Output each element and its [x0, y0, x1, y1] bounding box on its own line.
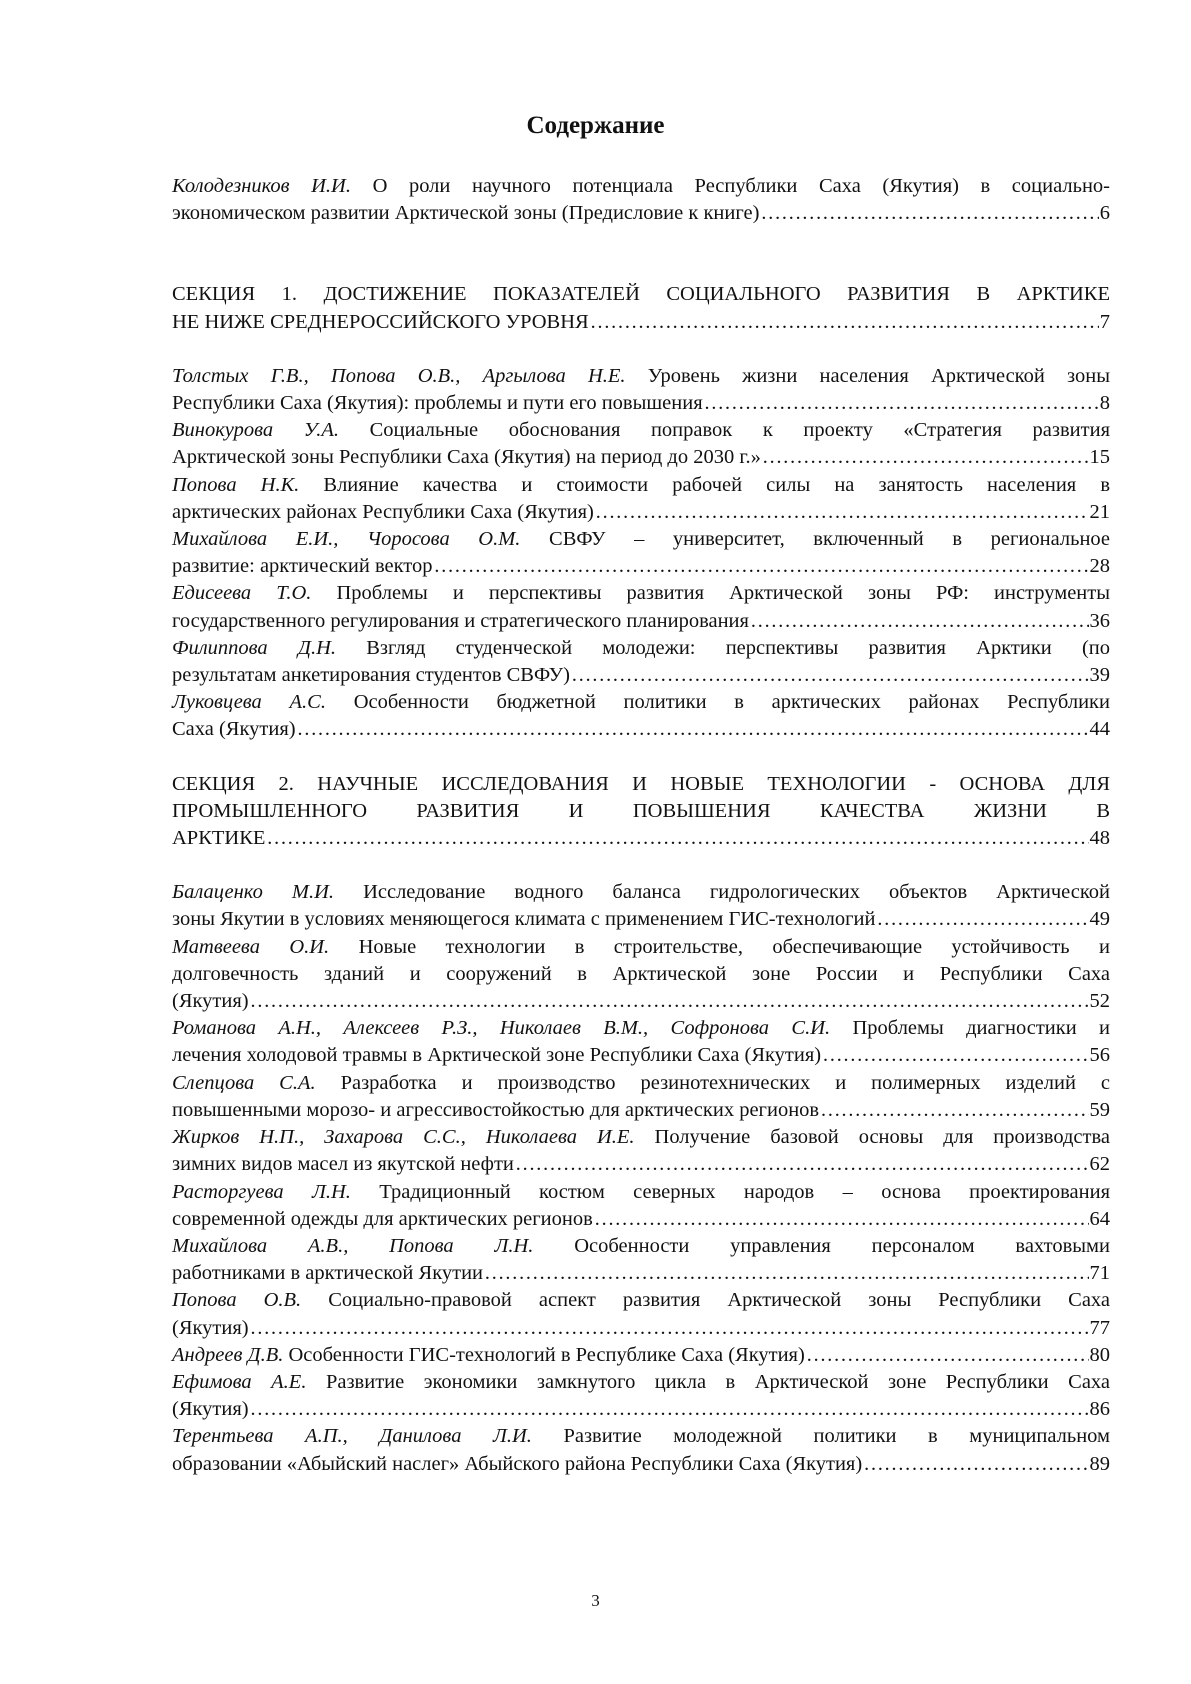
- page-title: Содержание: [0, 112, 1191, 140]
- section-heading[interactable]: СЕКЦИЯ 1. ДОСТИЖЕНИЕ ПОКАЗАТЕЛЕЙ СОЦИАЛЬ…: [172, 281, 1110, 335]
- entry-title: Особенности управления персоналом вахтов…: [574, 1235, 1110, 1257]
- leader-dots: [434, 553, 1089, 580]
- entry-authors: Андреев Д.В.: [172, 1344, 283, 1366]
- entry-last-line: зимних видов масел из якутской нефти62: [172, 1151, 1110, 1178]
- toc-entry-preface[interactable]: Колодезников И.И. О роли научного потенц…: [172, 173, 1110, 227]
- toc-entry[interactable]: Попова Н.К. Влияние качества и стоимости…: [172, 472, 1110, 526]
- toc-entry[interactable]: Слепцова С.А. Разработка и производство …: [172, 1070, 1110, 1124]
- toc-entry[interactable]: Расторгуева Л.Н. Традиционный костюм сев…: [172, 1179, 1110, 1233]
- entry-first-line: Филиппова Д.Н. Взгляд студенческой молод…: [172, 635, 1110, 662]
- entry-title: Особенности бюджетной политики в арктиче…: [354, 691, 1110, 713]
- toc-entry[interactable]: Жирков Н.П., Захарова С.С., Николаева И.…: [172, 1124, 1110, 1178]
- entry-last-line: развитие: арктический вектор28: [172, 553, 1110, 580]
- section-1: СЕКЦИЯ 1. ДОСТИЖЕНИЕ ПОКАЗАТЕЛЕЙ СОЦИАЛЬ…: [172, 281, 1110, 743]
- entry-authors: Толстых Г.В., Попова О.В., Аргылова Н.Е.: [172, 365, 626, 387]
- toc-entry[interactable]: Едисеева Т.О. Проблемы и перспективы раз…: [172, 580, 1110, 634]
- leader-dots: [571, 662, 1089, 689]
- entry-authors: Матвеева О.И.: [172, 936, 329, 958]
- entry-first-line: Попова Н.К. Влияние качества и стоимости…: [172, 472, 1110, 499]
- entry-last-line: работниками в арктической Якутии71: [172, 1260, 1110, 1287]
- entry-page: 71: [1090, 1260, 1111, 1287]
- entry-first-line: Михайлова А.В., Попова Л.Н. Особенности …: [172, 1233, 1110, 1260]
- entry-page: 64: [1090, 1206, 1111, 1233]
- entry-last-line: Арктической зоны Республики Саха (Якутия…: [172, 444, 1110, 471]
- entry-last-line: образовании «Абыйский наслег» Абыйского …: [172, 1451, 1110, 1478]
- entry-last-line: экономическом развитии Арктической зоны …: [172, 200, 1110, 227]
- entry-page: 39: [1090, 662, 1111, 689]
- toc-entry[interactable]: Луковцева А.С. Особенности бюджетной пол…: [172, 689, 1110, 743]
- entry-title: Проблемы диагностики и: [852, 1017, 1110, 1039]
- entry-title: СВФУ – университет, включенный в региона…: [549, 528, 1110, 550]
- entry-last-line: Андреев Д.В. Особенности ГИС-технологий …: [172, 1342, 1110, 1369]
- leader-dots: [820, 1097, 1088, 1124]
- leader-dots: [760, 200, 1098, 227]
- entry-page: 77: [1090, 1315, 1111, 1342]
- entry-authors: Попова Н.К.: [172, 474, 299, 496]
- entry-title: Развитие экономики замкнутого цикла в Ар…: [326, 1371, 1110, 1393]
- page-number: 3: [0, 1591, 1191, 1611]
- leader-dots: [297, 716, 1089, 743]
- entry-first-line: Колодезников И.И. О роли научного потенц…: [172, 173, 1110, 200]
- entry-last-line: государственного регулирования и стратег…: [172, 608, 1110, 635]
- entry-title: Особенности ГИС-технологий в Республике …: [288, 1344, 804, 1366]
- entry-title: Развитие молодежной политики в муниципал…: [563, 1425, 1110, 1447]
- entry-authors: Колодезников И.И.: [172, 175, 351, 197]
- entry-first-line: Едисеева Т.О. Проблемы и перспективы раз…: [172, 580, 1110, 607]
- entry-title: Уровень жизни населения Арктической зоны: [648, 365, 1110, 387]
- entry-authors: Ефимова А.Е.: [172, 1371, 306, 1393]
- leader-dots: [595, 499, 1089, 526]
- toc-entry[interactable]: Романова А.Н., Алексеев Р.З., Николаев В…: [172, 1015, 1110, 1069]
- entry-first-line: Луковцева А.С. Особенности бюджетной пол…: [172, 689, 1110, 716]
- entry-last-line: (Якутия)52: [172, 988, 1110, 1015]
- section-page: 48: [1090, 825, 1111, 852]
- entry-page: 8: [1100, 390, 1110, 417]
- entry-first-line: Жирков Н.П., Захарова С.С., Николаева И.…: [172, 1124, 1110, 1151]
- entry-last-line: Республики Саха (Якутия): проблемы и пут…: [172, 390, 1110, 417]
- entry-title: Получение базовой основы для производств…: [655, 1126, 1111, 1148]
- entry-page: 56: [1090, 1042, 1111, 1069]
- entry-page: 21: [1090, 499, 1111, 526]
- section-heading-last-line: НЕ НИЖЕ СРЕДНЕРОССИЙСКОГО УРОВНЯ7: [172, 309, 1110, 336]
- toc-entry[interactable]: Толстых Г.В., Попова О.В., Аргылова Н.Е.…: [172, 363, 1110, 417]
- entry-first-line: Винокурова У.А. Социальные обоснования п…: [172, 417, 1110, 444]
- leader-dots: [704, 390, 1099, 417]
- entry-authors: Попова О.В.: [172, 1289, 301, 1311]
- entry-first-line: Толстых Г.В., Попова О.В., Аргылова Н.Е.…: [172, 363, 1110, 390]
- entry-title: Исследование водного баланса гидрологиче…: [363, 881, 1110, 903]
- section-heading-last-line: АРКТИКЕ48: [172, 825, 1110, 852]
- entry-authors: Едисеева Т.О.: [172, 582, 311, 604]
- entry-last-line: арктических районах Республики Саха (Яку…: [172, 499, 1110, 526]
- leader-dots: [266, 825, 1088, 852]
- toc-entry[interactable]: Андреев Д.В. Особенности ГИС-технологий …: [172, 1342, 1110, 1369]
- leader-dots: [750, 608, 1089, 635]
- entry-last-line: результатам анкетирования студентов СВФУ…: [172, 662, 1110, 689]
- toc-entry[interactable]: Попова О.В. Социально-правовой аспект ра…: [172, 1287, 1110, 1341]
- leader-dots: [822, 1042, 1088, 1069]
- sections-container: СЕКЦИЯ 1. ДОСТИЖЕНИЕ ПОКАЗАТЕЛЕЙ СОЦИАЛЬ…: [172, 281, 1110, 1477]
- entry-first-line: Матвеева О.И. Новые технологии в строите…: [172, 934, 1110, 961]
- toc-entry[interactable]: Терентьева А.П., Данилова Л.И. Развитие …: [172, 1423, 1110, 1477]
- entry-title: Влияние качества и стоимости рабочей сил…: [323, 474, 1110, 496]
- toc-entry[interactable]: Матвеева О.И. Новые технологии в строите…: [172, 934, 1110, 1016]
- entry-last-line: повышенными морозо- и агрессивостойкость…: [172, 1097, 1110, 1124]
- entry-last-line: Саха (Якутия)44: [172, 716, 1110, 743]
- toc-entry[interactable]: Ефимова А.Е. Развитие экономики замкнуто…: [172, 1369, 1110, 1423]
- entry-first-line: Терентьева А.П., Данилова Л.И. Развитие …: [172, 1423, 1110, 1450]
- entry-last-line: лечения холодовой травмы в Арктической з…: [172, 1042, 1110, 1069]
- leader-dots: [250, 988, 1089, 1015]
- entry-authors: Расторгуева Л.Н.: [172, 1181, 351, 1203]
- entry-authors: Жирков Н.П., Захарова С.С., Николаева И.…: [172, 1126, 635, 1148]
- entry-authors: Луковцева А.С.: [172, 691, 326, 713]
- entry-page: 80: [1090, 1342, 1111, 1369]
- section-heading-line: ПРОМЫШЛЕННОГО РАЗВИТИЯ И ПОВЫШЕНИЯ КАЧЕС…: [172, 798, 1110, 825]
- leader-dots: [863, 1451, 1088, 1478]
- leader-dots: [806, 1342, 1089, 1369]
- section-heading[interactable]: СЕКЦИЯ 2. НАУЧНЫЕ ИССЛЕДОВАНИЯ И НОВЫЕ Т…: [172, 771, 1110, 853]
- leader-dots: [484, 1260, 1088, 1287]
- entry-authors: Балаценко М.И.: [172, 881, 334, 903]
- toc-entry[interactable]: Филиппова Д.Н. Взгляд студенческой молод…: [172, 635, 1110, 689]
- entry-authors: Винокурова У.А.: [172, 419, 339, 441]
- section-page: 7: [1100, 309, 1110, 336]
- entry-title: Проблемы и перспективы развития Арктичес…: [337, 582, 1111, 604]
- leader-dots: [594, 1206, 1089, 1233]
- entry-authors: Терентьева А.П., Данилова Л.И.: [172, 1425, 532, 1447]
- entry-title: Взгляд студенческой молодежи: перспектив…: [366, 637, 1110, 659]
- entry-last-line: (Якутия)77: [172, 1315, 1110, 1342]
- section-2: СЕКЦИЯ 2. НАУЧНЫЕ ИССЛЕДОВАНИЯ И НОВЫЕ Т…: [172, 771, 1110, 1478]
- entry-title: Разработка и производство резинотехничес…: [341, 1072, 1110, 1094]
- leader-dots: [876, 906, 1088, 933]
- entry-page: 6: [1100, 200, 1110, 227]
- entry-last-line: современной одежды для арктических регио…: [172, 1206, 1110, 1233]
- entry-title: Социальные обоснования поправок к проект…: [370, 419, 1110, 441]
- entry-title: Новые технологии в строительстве, обеспе…: [359, 936, 1110, 958]
- entry-page: 28: [1090, 553, 1111, 580]
- entry-page: 89: [1090, 1451, 1111, 1478]
- toc-entry[interactable]: Винокурова У.А. Социальные обоснования п…: [172, 417, 1110, 471]
- leader-dots: [250, 1315, 1089, 1342]
- table-of-contents: Колодезников И.И. О роли научного потенц…: [172, 173, 1110, 1478]
- entry-first-line: Попова О.В. Социально-правовой аспект ра…: [172, 1287, 1110, 1314]
- leader-dots: [590, 309, 1099, 336]
- entry-last-line: (Якутия)86: [172, 1396, 1110, 1423]
- leader-dots: [515, 1151, 1089, 1178]
- toc-entry[interactable]: Михайлова А.В., Попова Л.Н. Особенности …: [172, 1233, 1110, 1287]
- entry-authors: Слепцова С.А.: [172, 1072, 316, 1094]
- entry-first-line: Расторгуева Л.Н. Традиционный костюм сев…: [172, 1179, 1110, 1206]
- section-heading-line: СЕКЦИЯ 2. НАУЧНЫЕ ИССЛЕДОВАНИЯ И НОВЫЕ Т…: [172, 771, 1110, 798]
- entry-page: 86: [1090, 1396, 1111, 1423]
- entry-first-line: Балаценко М.И. Исследование водного бала…: [172, 879, 1110, 906]
- entry-page: 49: [1090, 906, 1111, 933]
- entry-page: 15: [1090, 444, 1111, 471]
- toc-entry[interactable]: Михайлова Е.И., Чоросова О.М. СВФУ – уни…: [172, 526, 1110, 580]
- entry-authors: Михайлова А.В., Попова Л.Н.: [172, 1235, 533, 1257]
- toc-entry[interactable]: Балаценко М.И. Исследование водного бала…: [172, 879, 1110, 933]
- entry-first-line: Михайлова Е.И., Чоросова О.М. СВФУ – уни…: [172, 526, 1110, 553]
- leader-dots: [250, 1396, 1089, 1423]
- entry-first-line: Ефимова А.Е. Развитие экономики замкнуто…: [172, 1369, 1110, 1396]
- entry-last-line: зоны Якутии в условиях меняющегося клима…: [172, 906, 1110, 933]
- entry-page: 36: [1090, 608, 1111, 635]
- entry-page: 59: [1090, 1097, 1111, 1124]
- entry-authors: Филиппова Д.Н.: [172, 637, 336, 659]
- entry-title: О роли научного потенциала Республики Са…: [373, 175, 1110, 197]
- entry-page: 62: [1090, 1151, 1111, 1178]
- entry-page: 44: [1090, 716, 1111, 743]
- section-heading-line: СЕКЦИЯ 1. ДОСТИЖЕНИЕ ПОКАЗАТЕЛЕЙ СОЦИАЛЬ…: [172, 281, 1110, 308]
- entry-first-line: Романова А.Н., Алексеев Р.З., Николаев В…: [172, 1015, 1110, 1042]
- entry-page: 52: [1090, 988, 1111, 1015]
- entry-first-line: Слепцова С.А. Разработка и производство …: [172, 1070, 1110, 1097]
- entry-authors: Романова А.Н., Алексеев Р.З., Николаев В…: [172, 1017, 830, 1039]
- entry-middle-line: долговечность зданий и сооружений в Аркт…: [172, 961, 1110, 988]
- leader-dots: [762, 444, 1089, 471]
- entry-title: Социально-правовой аспект развития Аркти…: [328, 1289, 1110, 1311]
- entry-title: Традиционный костюм северных народов – о…: [379, 1181, 1110, 1203]
- entry-authors: Михайлова Е.И., Чоросова О.М.: [172, 528, 520, 550]
